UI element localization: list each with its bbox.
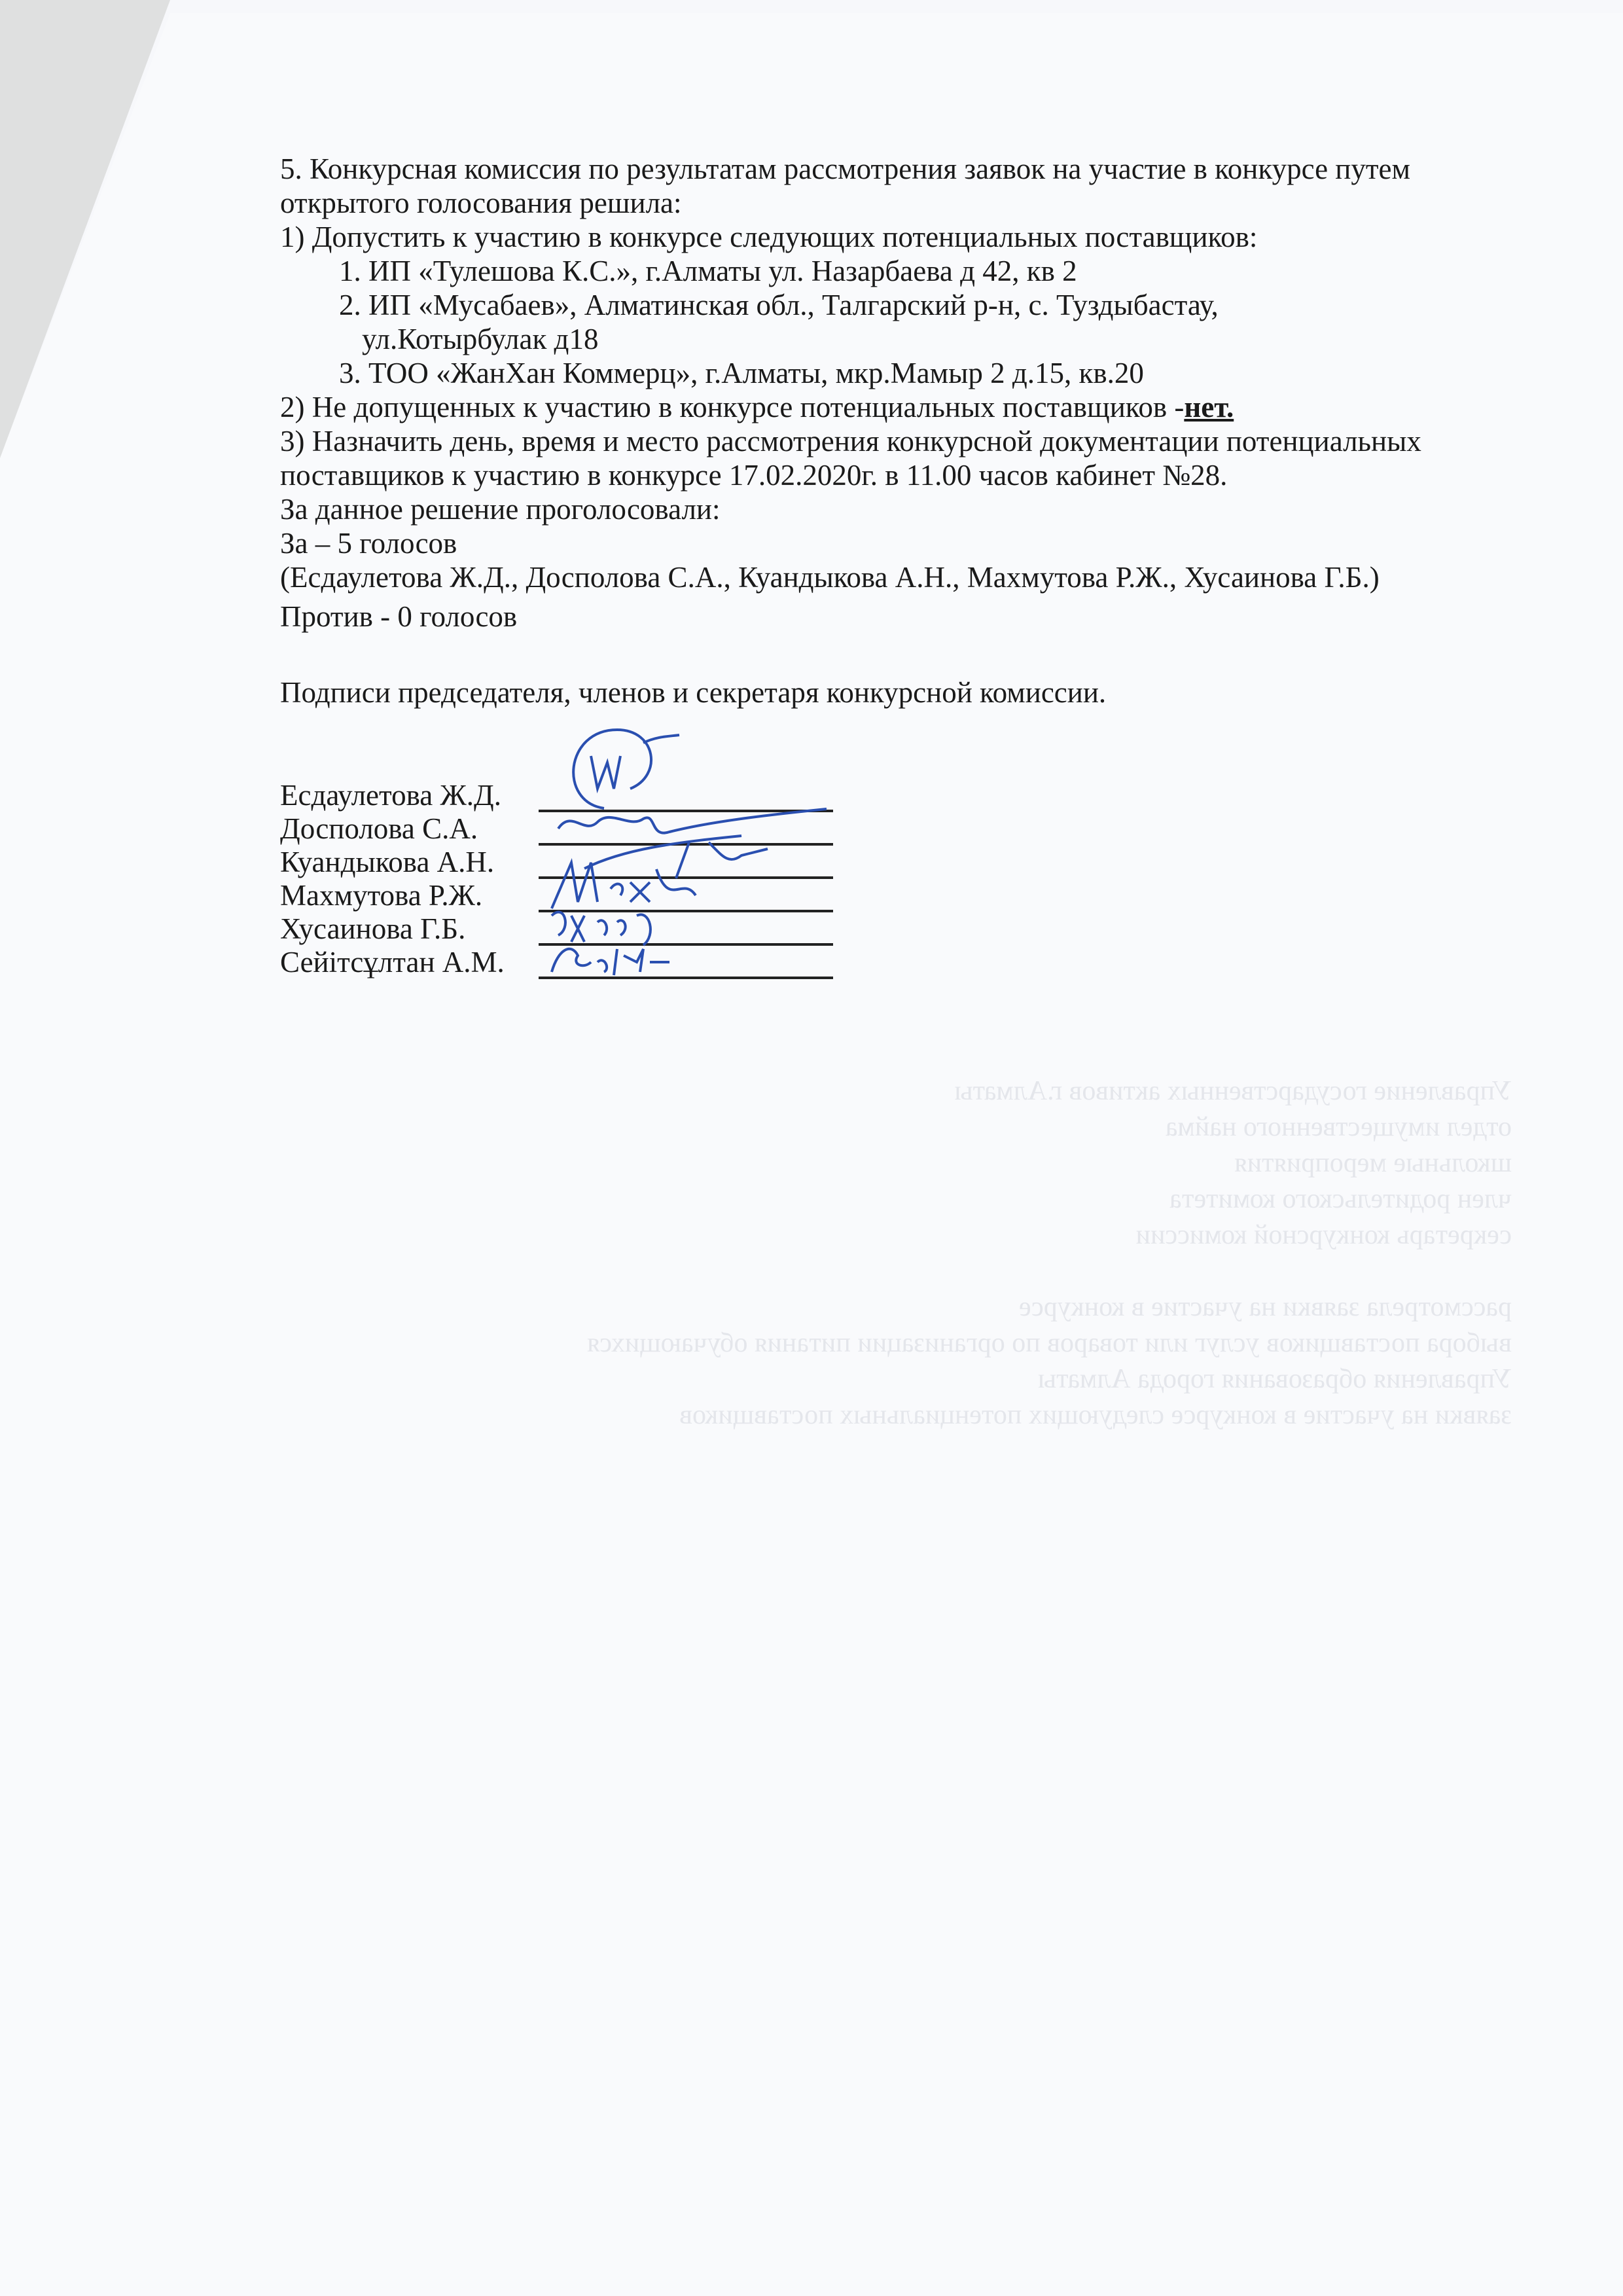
- vote-heading: За данное решение проголосовали:: [280, 492, 1524, 526]
- signatory-name: Махмутова Р.Ж.: [280, 878, 539, 912]
- votes-for: За – 5 голосов: [280, 526, 1524, 560]
- section-5-line-1: 5. Конкурсная комиссия по результатам ра…: [280, 152, 1524, 186]
- decision-2-text: 2) Не допущенных к участию в конкурсе по…: [280, 391, 1184, 423]
- signatures-heading: Подписи председателя, членов и секретаря…: [280, 675, 1524, 709]
- signature-icon: [545, 936, 689, 982]
- decision-2: 2) Не допущенных к участию в конкурсе по…: [280, 390, 1524, 424]
- section-5-line-2: открытого голосования решила:: [280, 186, 1524, 220]
- signature-block: Есдаулетова Ж.Д. Досполова С.А. Куандыко…: [280, 779, 833, 979]
- signatory-name: Досполова С.А.: [280, 812, 539, 846]
- signatory-name: Хусаинова Г.Б.: [280, 912, 539, 946]
- signature-row: Сейітсұлтан А.М.: [280, 946, 833, 979]
- signatory-name: Есдаулетова Ж.Д.: [280, 778, 539, 812]
- signatory-name: Сейітсұлтан А.М.: [280, 945, 539, 979]
- supplier-item-3: 3. ТОО «ЖанХан Коммерц», г.Алматы, мкр.М…: [280, 356, 1524, 390]
- decision-3-line-2: поставщиков к участию в конкурсе 17.02.2…: [280, 458, 1524, 492]
- decision-section: 5. Конкурсная комиссия по результатам ра…: [280, 152, 1524, 709]
- votes-against: Против - 0 голосов: [280, 600, 1524, 634]
- signatory-name: Куандыкова А.Н.: [280, 845, 539, 879]
- signature-icon: [545, 717, 715, 815]
- votes-for-names: (Есдаулетова Ж.Д., Досполова С.А., Куанд…: [280, 560, 1524, 594]
- decision-3-line-1: 3) Назначить день, время и место рассмот…: [280, 424, 1524, 458]
- decision-1-heading: 1) Допустить к участию в конкурсе следую…: [280, 220, 1524, 254]
- supplier-item-2-continuation: ул.Котырбулак д18: [280, 322, 1524, 356]
- supplier-item-2: 2. ИП «Мусабаев», Алматинская обл., Талг…: [280, 288, 1524, 322]
- decision-2-value: нет.: [1184, 391, 1234, 423]
- signature-line: [539, 956, 833, 979]
- supplier-item-1: 1. ИП «Тулешова К.С.», г.Алматы ул. Наза…: [280, 254, 1524, 288]
- show-through-text: Управление государственных активов г.Алм…: [301, 1073, 1512, 1433]
- folded-corner: [0, 0, 170, 458]
